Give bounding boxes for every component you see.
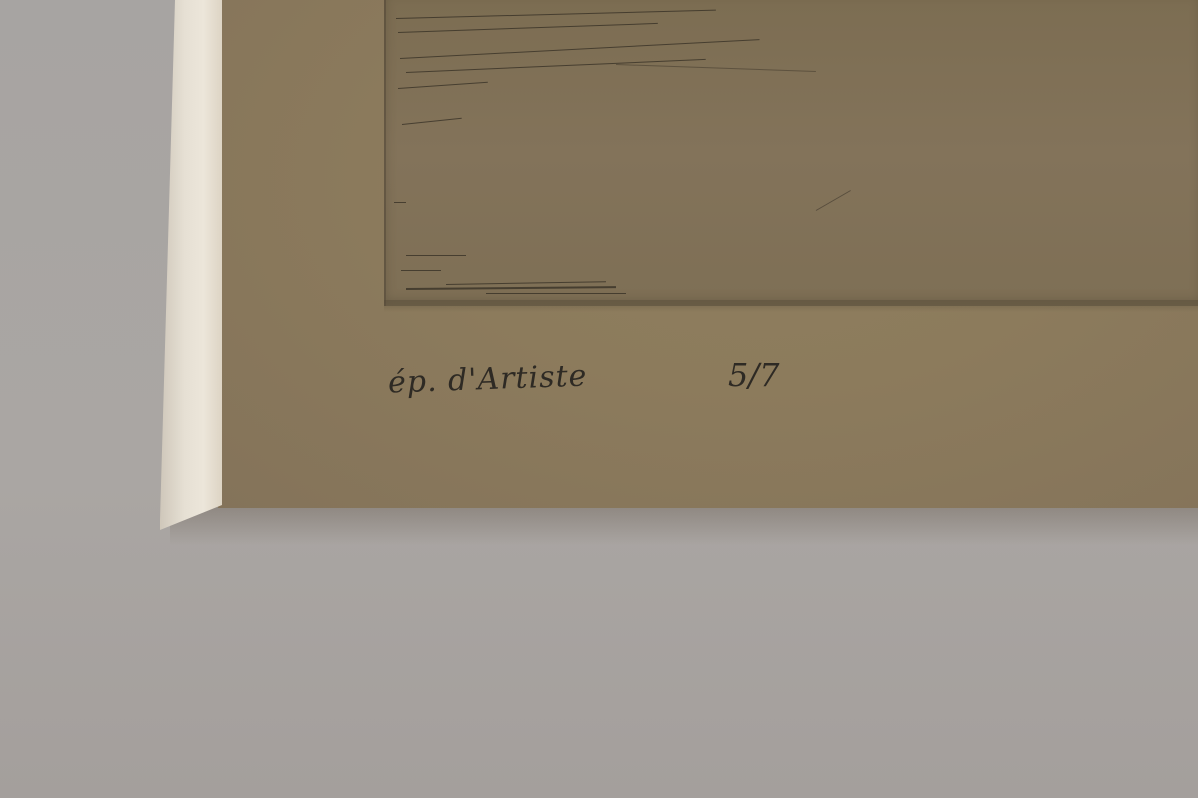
etched-plate-area — [384, 0, 1198, 306]
edition-number: 5/7 — [728, 356, 780, 394]
plate-mark — [384, 300, 1198, 312]
artist-proof-inscription: ép. d'Artiste — [387, 359, 587, 401]
mat-shadow — [170, 505, 1198, 545]
